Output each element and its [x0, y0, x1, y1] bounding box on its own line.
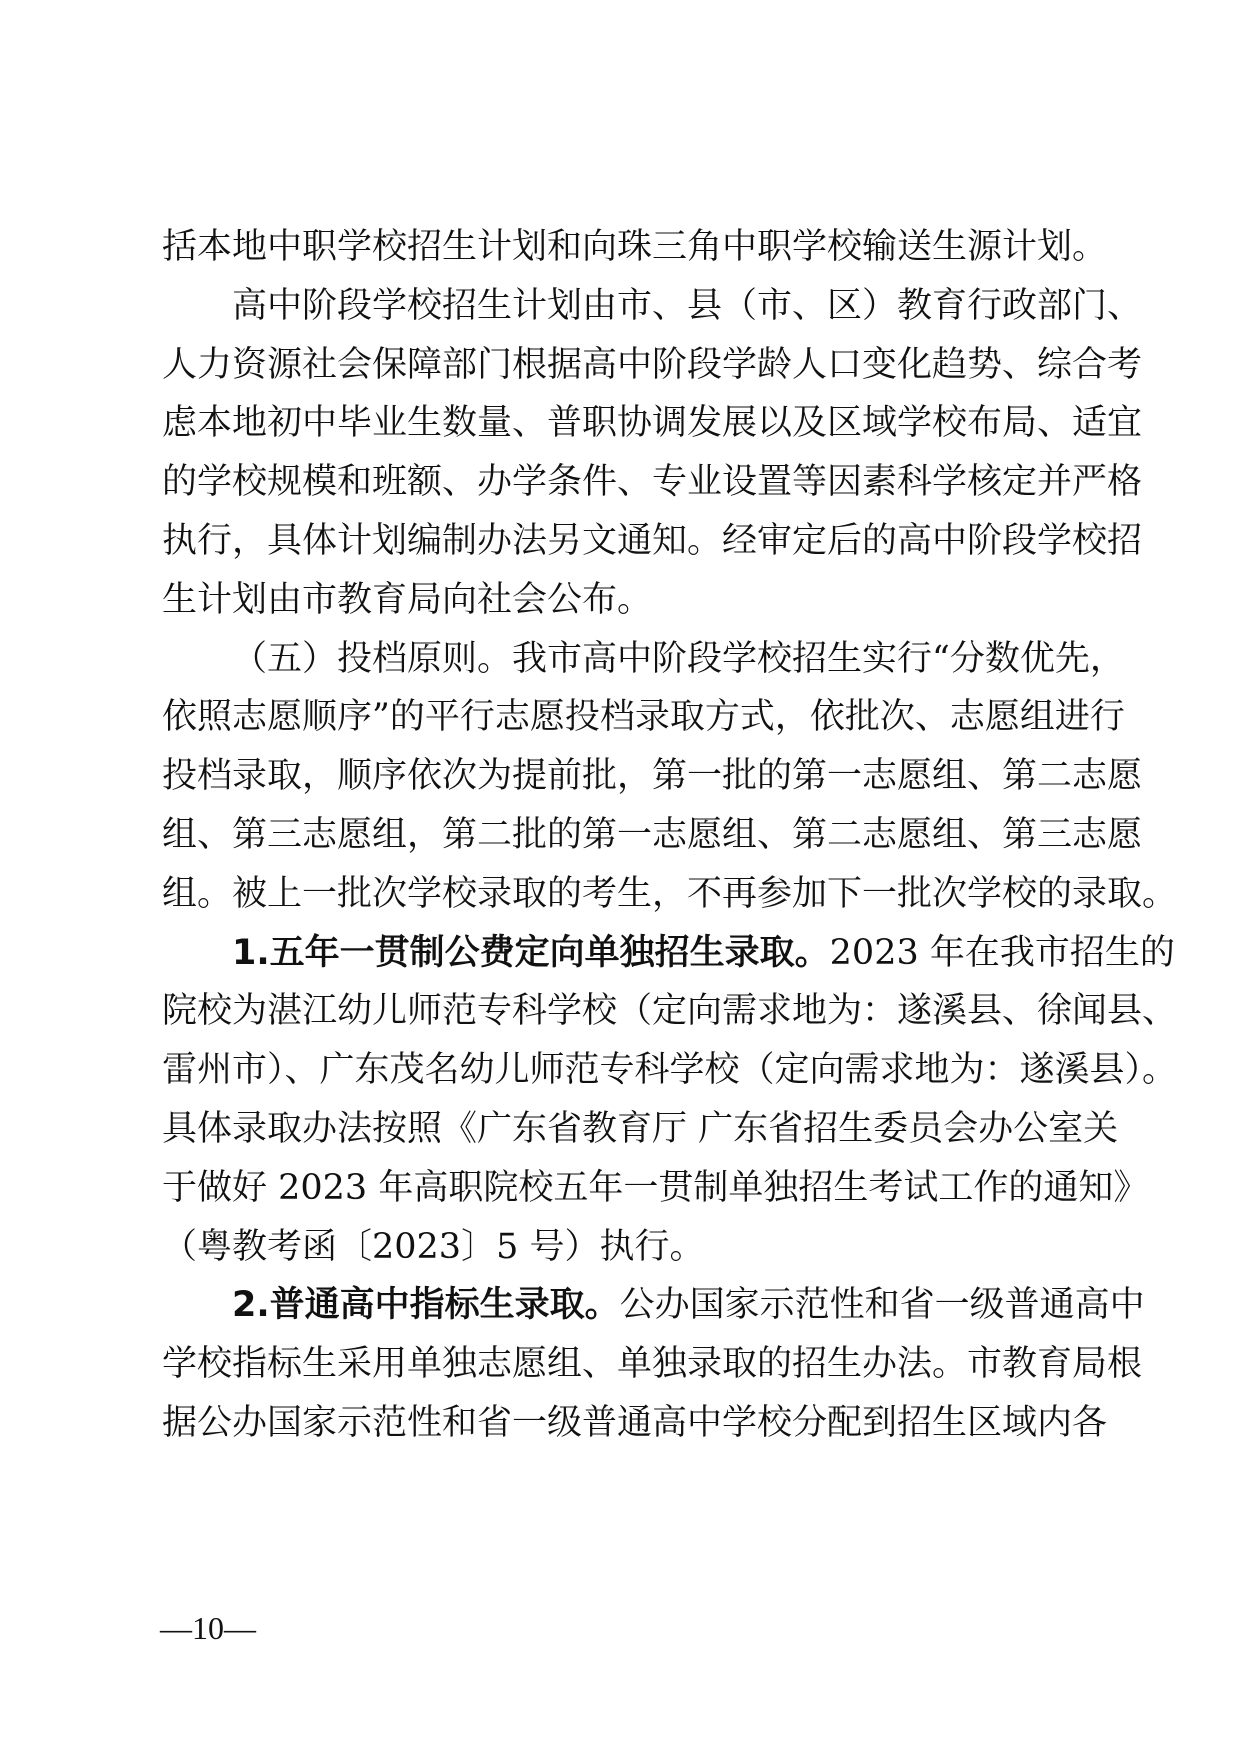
- section-2-heading: 2.普通高中指标生录取。: [232, 1285, 620, 1325]
- text-line: （粤教考函〔2023〕5 号）执行。: [162, 1218, 1078, 1277]
- text-line: 依照志愿顺序”的平行志愿投档录取方式，依批次、志愿组进行: [162, 688, 1078, 747]
- text-line: 括本地中职学校招生计划和向珠三角中职学校输送生源计划。: [162, 218, 1078, 277]
- text-line: 组、第三志愿组，第二批的第一志愿组、第二志愿组、第三志愿: [162, 806, 1078, 865]
- text-line: 执行，具体计划编制办法另文通知。经审定后的高中阶段学校招: [162, 512, 1078, 571]
- page-number: —10—: [160, 1610, 256, 1647]
- text-line: 院校为湛江幼儿师范专科学校（定向需求地为：遂溪县、徐闻县、: [162, 982, 1078, 1041]
- text-line: 生计划由市教育局向社会公布。: [162, 571, 1078, 630]
- text-line: 雷州市）、广东茂名幼儿师范专科学校（定向需求地为：遂溪县）。: [162, 1041, 1078, 1100]
- text-line: 组。被上一批次学校录取的考生，不再参加下一批次学校的录取。: [162, 865, 1078, 924]
- text-line: 高中阶段学校招生计划由市、县（市、区）教育行政部门、: [162, 277, 1078, 336]
- text-line: 虑本地初中毕业生数量、普职协调发展以及区域学校布局、适宜: [162, 394, 1078, 453]
- document-body: 括本地中职学校招生计划和向珠三角中职学校输送生源计划。 高中阶段学校招生计划由市…: [162, 218, 1078, 1453]
- text-line: 于做好 2023 年高职院校五年一贯制单独招生考试工作的通知》: [162, 1159, 1078, 1218]
- text-line: 的学校规模和班额、办学条件、专业设置等因素科学核定并严格: [162, 453, 1078, 512]
- section-1-first-line: 1.五年一贯制公费定向单独招生录取。2023 年在我市招生的: [162, 924, 1078, 983]
- section-2-text: 公办国家示范性和省一级普通高中: [620, 1285, 1145, 1325]
- section-2-first-line: 2.普通高中指标生录取。公办国家示范性和省一级普通高中: [162, 1276, 1078, 1335]
- section-1-text: 2023 年在我市招生的: [830, 933, 1175, 973]
- text-line: 具体录取办法按照《广东省教育厅 广东省招生委员会办公室关: [162, 1100, 1078, 1159]
- text-line: 投档录取，顺序依次为提前批，第一批的第一志愿组、第二志愿: [162, 747, 1078, 806]
- section-1-heading: 1.五年一贯制公费定向单独招生录取。: [232, 933, 830, 973]
- text-line: （五）投档原则。我市高中阶段学校招生实行“分数优先，: [162, 630, 1078, 689]
- text-line: 人力资源社会保障部门根据高中阶段学龄人口变化趋势、综合考: [162, 336, 1078, 395]
- document-page: 括本地中职学校招生计划和向珠三角中职学校输送生源计划。 高中阶段学校招生计划由市…: [0, 0, 1240, 1754]
- text-line: 据公办国家示范性和省一级普通高中学校分配到招生区域内各: [162, 1394, 1078, 1453]
- text-line: 学校指标生采用单独志愿组、单独录取的招生办法。市教育局根: [162, 1335, 1078, 1394]
